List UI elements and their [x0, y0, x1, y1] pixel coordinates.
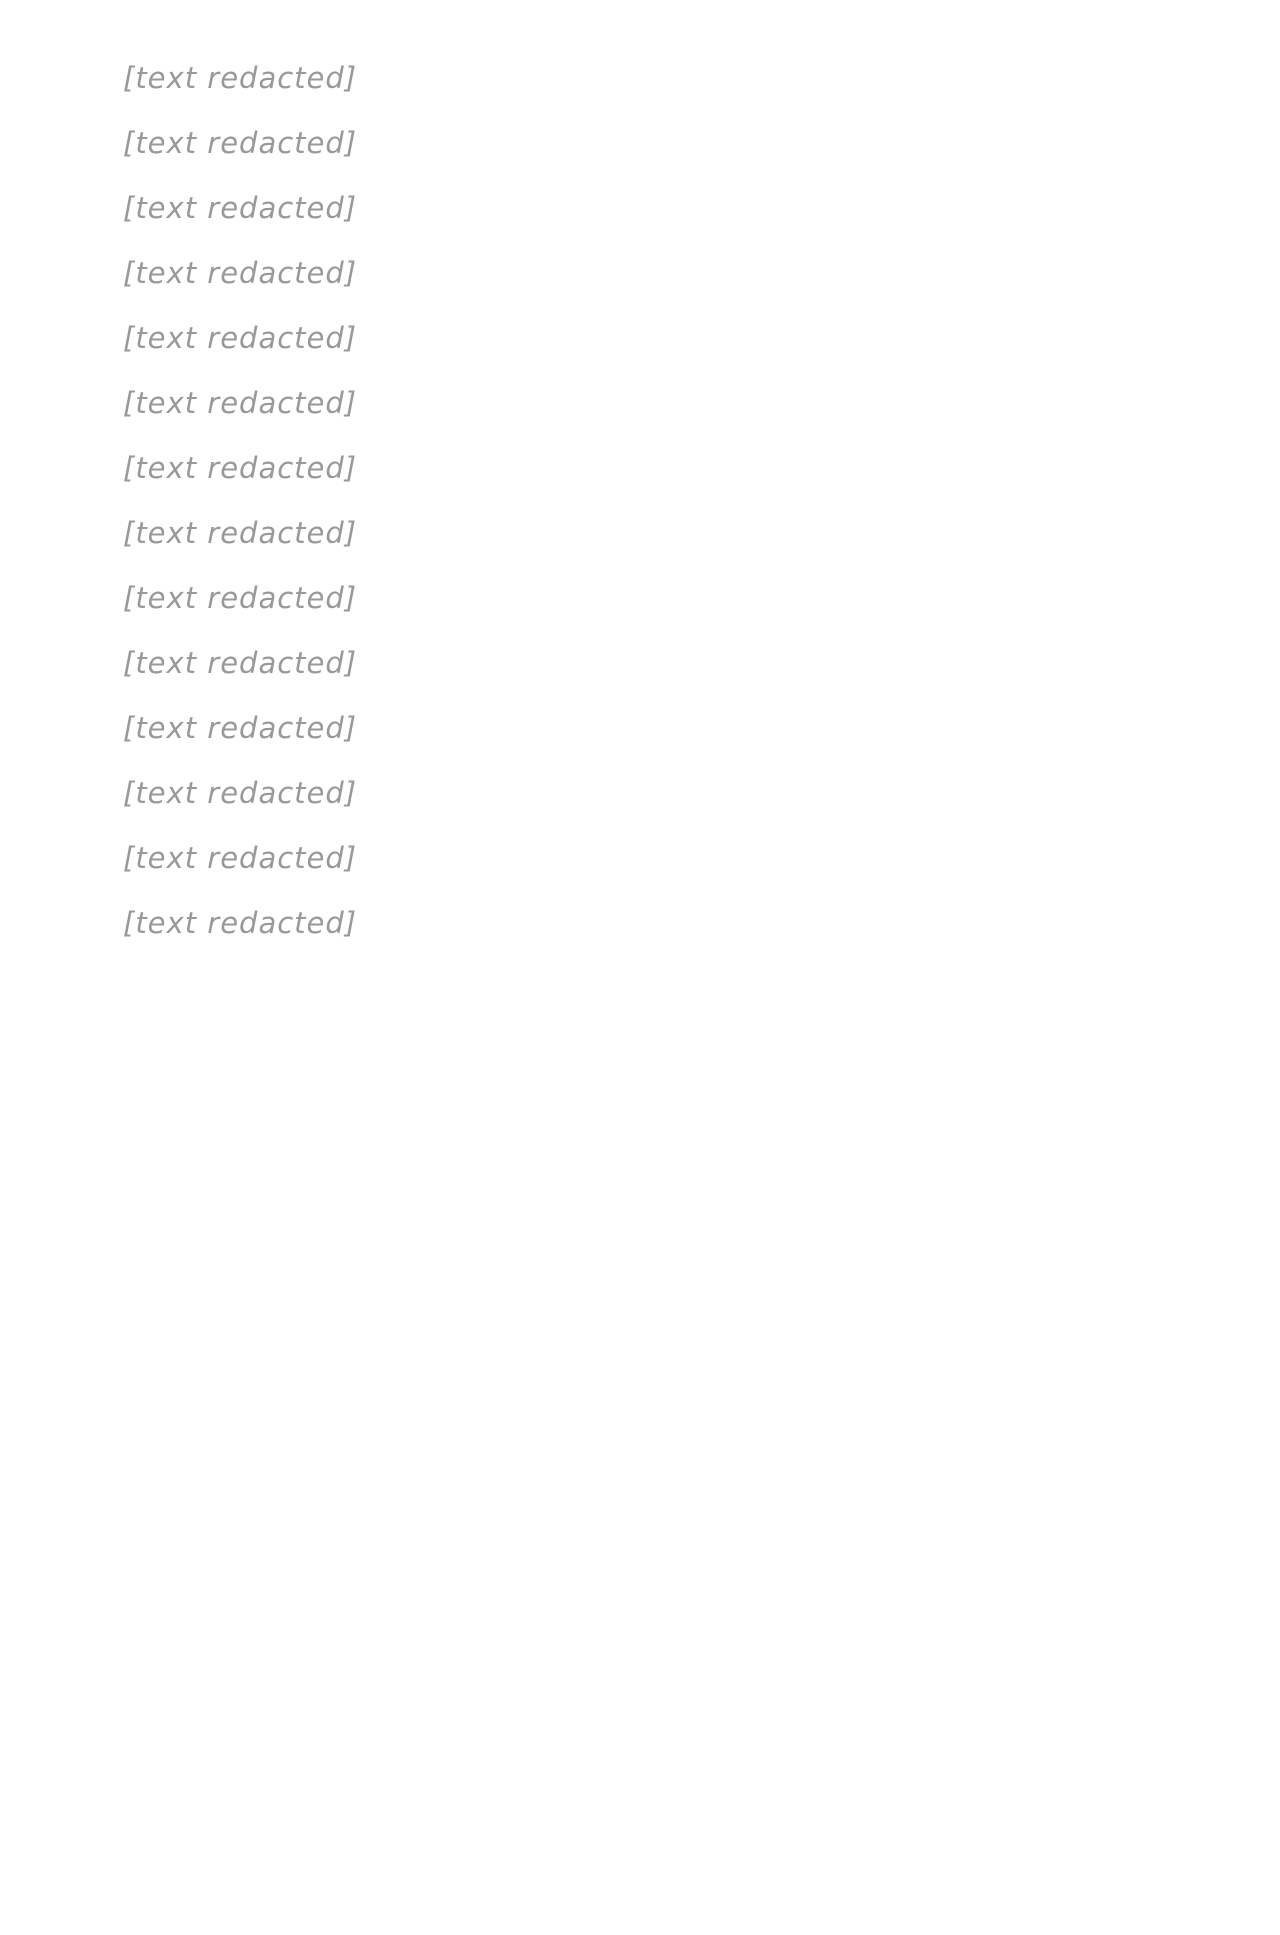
paragraph: [text redacted]: [65, 900, 1215, 947]
paragraph: [text redacted]: [65, 445, 1215, 492]
paragraph: [text redacted]: [65, 640, 1215, 687]
paragraph: [text redacted]: [65, 185, 1215, 232]
paragraph: [text redacted]: [65, 55, 1215, 102]
paragraph: [text redacted]: [65, 510, 1215, 557]
paragraph: [text redacted]: [65, 835, 1215, 882]
paragraph: [text redacted]: [65, 250, 1215, 297]
paragraph: [text redacted]: [65, 120, 1215, 167]
document-page: [text redacted][text redacted][text reda…: [0, 0, 1280, 1935]
paragraph: [text redacted]: [65, 315, 1215, 362]
paragraph: [text redacted]: [65, 575, 1215, 622]
paragraph: [text redacted]: [65, 380, 1215, 427]
paragraph: [text redacted]: [65, 770, 1215, 817]
paragraph: [text redacted]: [65, 705, 1215, 752]
